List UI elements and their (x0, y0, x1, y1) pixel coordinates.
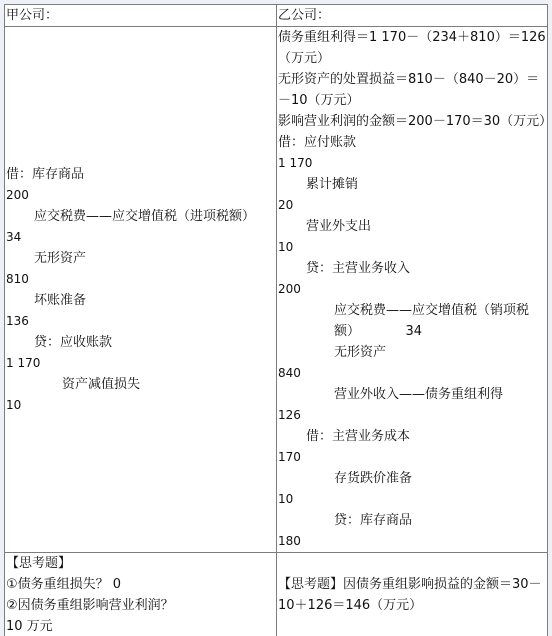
question-answer: 【思考题】因债务重组影响损益的金额＝30－10＋126＝146（万元） (278, 574, 547, 616)
entry-line: 营业外收入——债务重组利得 (278, 384, 547, 405)
entry-line: 无形资产 (278, 342, 547, 363)
entry-amount: 10 (278, 489, 547, 510)
document-frame: 甲公司： 乙公司： 借：库存商品 200 应交税费——应交增值税（进项税额） 3… (0, 0, 552, 636)
entry-line: 无形资产 (6, 248, 276, 269)
calculation-line: 无形资产的处置损益＝810－（840－20）＝－10（万元） (278, 69, 547, 111)
entries-row: 借：库存商品 200 应交税费——应交增值税（进项税额） 34 无形资产 810… (5, 27, 548, 553)
company-a-questions: 【思考题】 ①债务重组损失？ 0 ②因债务重组影响营业利润？ 10 万元 (5, 553, 277, 636)
entry-amount: 10 (278, 237, 547, 258)
entry-amount: 200 (6, 185, 276, 206)
entry-amount: 200 (278, 279, 547, 300)
calculation-line: 债务重组利得＝1 170－（234＋810）＝126（万元） (278, 27, 547, 69)
entry-amount: 1 170 (278, 153, 547, 174)
entry-amount: 20 (278, 195, 547, 216)
entry-line: 应交税费——应交增值税（销项税额） 34 (278, 300, 547, 342)
company-a-header: 甲公司： (5, 5, 277, 27)
entry-amount: 180 (278, 531, 547, 552)
header-row: 甲公司： 乙公司： (5, 5, 548, 27)
questions-row: 【思考题】 ①债务重组损失？ 0 ②因债务重组影响营业利润？ 10 万元 【思考… (5, 553, 548, 636)
entry-line: 贷：库存商品 (278, 510, 547, 531)
entry-line: 资产减值损失 (6, 374, 276, 395)
question-line: ①债务重组损失？ 0 (6, 574, 276, 595)
journal-entry-table: 甲公司： 乙公司： 借：库存商品 200 应交税费——应交增值税（进项税额） 3… (4, 4, 548, 636)
entry-amount: 840 (278, 363, 547, 384)
calculation-line: 影响营业利润的金额＝200－170＝30（万元） (278, 111, 547, 132)
entry-amount: 34 (6, 227, 276, 248)
entry-line: 应交税费——应交增值税（进项税额） (6, 206, 276, 227)
entry-amount: 10 (6, 395, 276, 416)
entry-line: 坏账准备 (6, 290, 276, 311)
entry-amount: 810 (6, 269, 276, 290)
entry-line: 借：主营业务成本 (278, 426, 547, 447)
entry-amount: 1 170 (6, 353, 276, 374)
entry-amount: 136 (6, 311, 276, 332)
question-line: ②因债务重组影响营业利润？ (6, 595, 276, 616)
entry-amount: 126 (278, 405, 547, 426)
entry-line: 累计摊销 (278, 174, 547, 195)
company-b-questions: 【思考题】因债务重组影响损益的金额＝30－10＋126＝146（万元） (277, 553, 548, 636)
entry-line: 存货跌价准备 (278, 468, 547, 489)
entry-line: 贷：主营业务收入 (278, 258, 547, 279)
company-b-entries: 债务重组利得＝1 170－（234＋810）＝126（万元） 无形资产的处置损益… (277, 27, 548, 553)
entry-line: 营业外支出 (278, 216, 547, 237)
entry-amount: 170 (278, 447, 547, 468)
answer-line: 10 万元 (6, 616, 276, 636)
entry-line: 借：应付账款 (278, 132, 547, 153)
company-b-header: 乙公司： (277, 5, 548, 27)
question-title: 【思考题】 (6, 553, 276, 574)
company-a-entries: 借：库存商品 200 应交税费——应交增值税（进项税额） 34 无形资产 810… (5, 27, 277, 553)
entry-line: 贷：应收账款 (6, 332, 276, 353)
entry-line: 借：库存商品 (6, 164, 276, 185)
